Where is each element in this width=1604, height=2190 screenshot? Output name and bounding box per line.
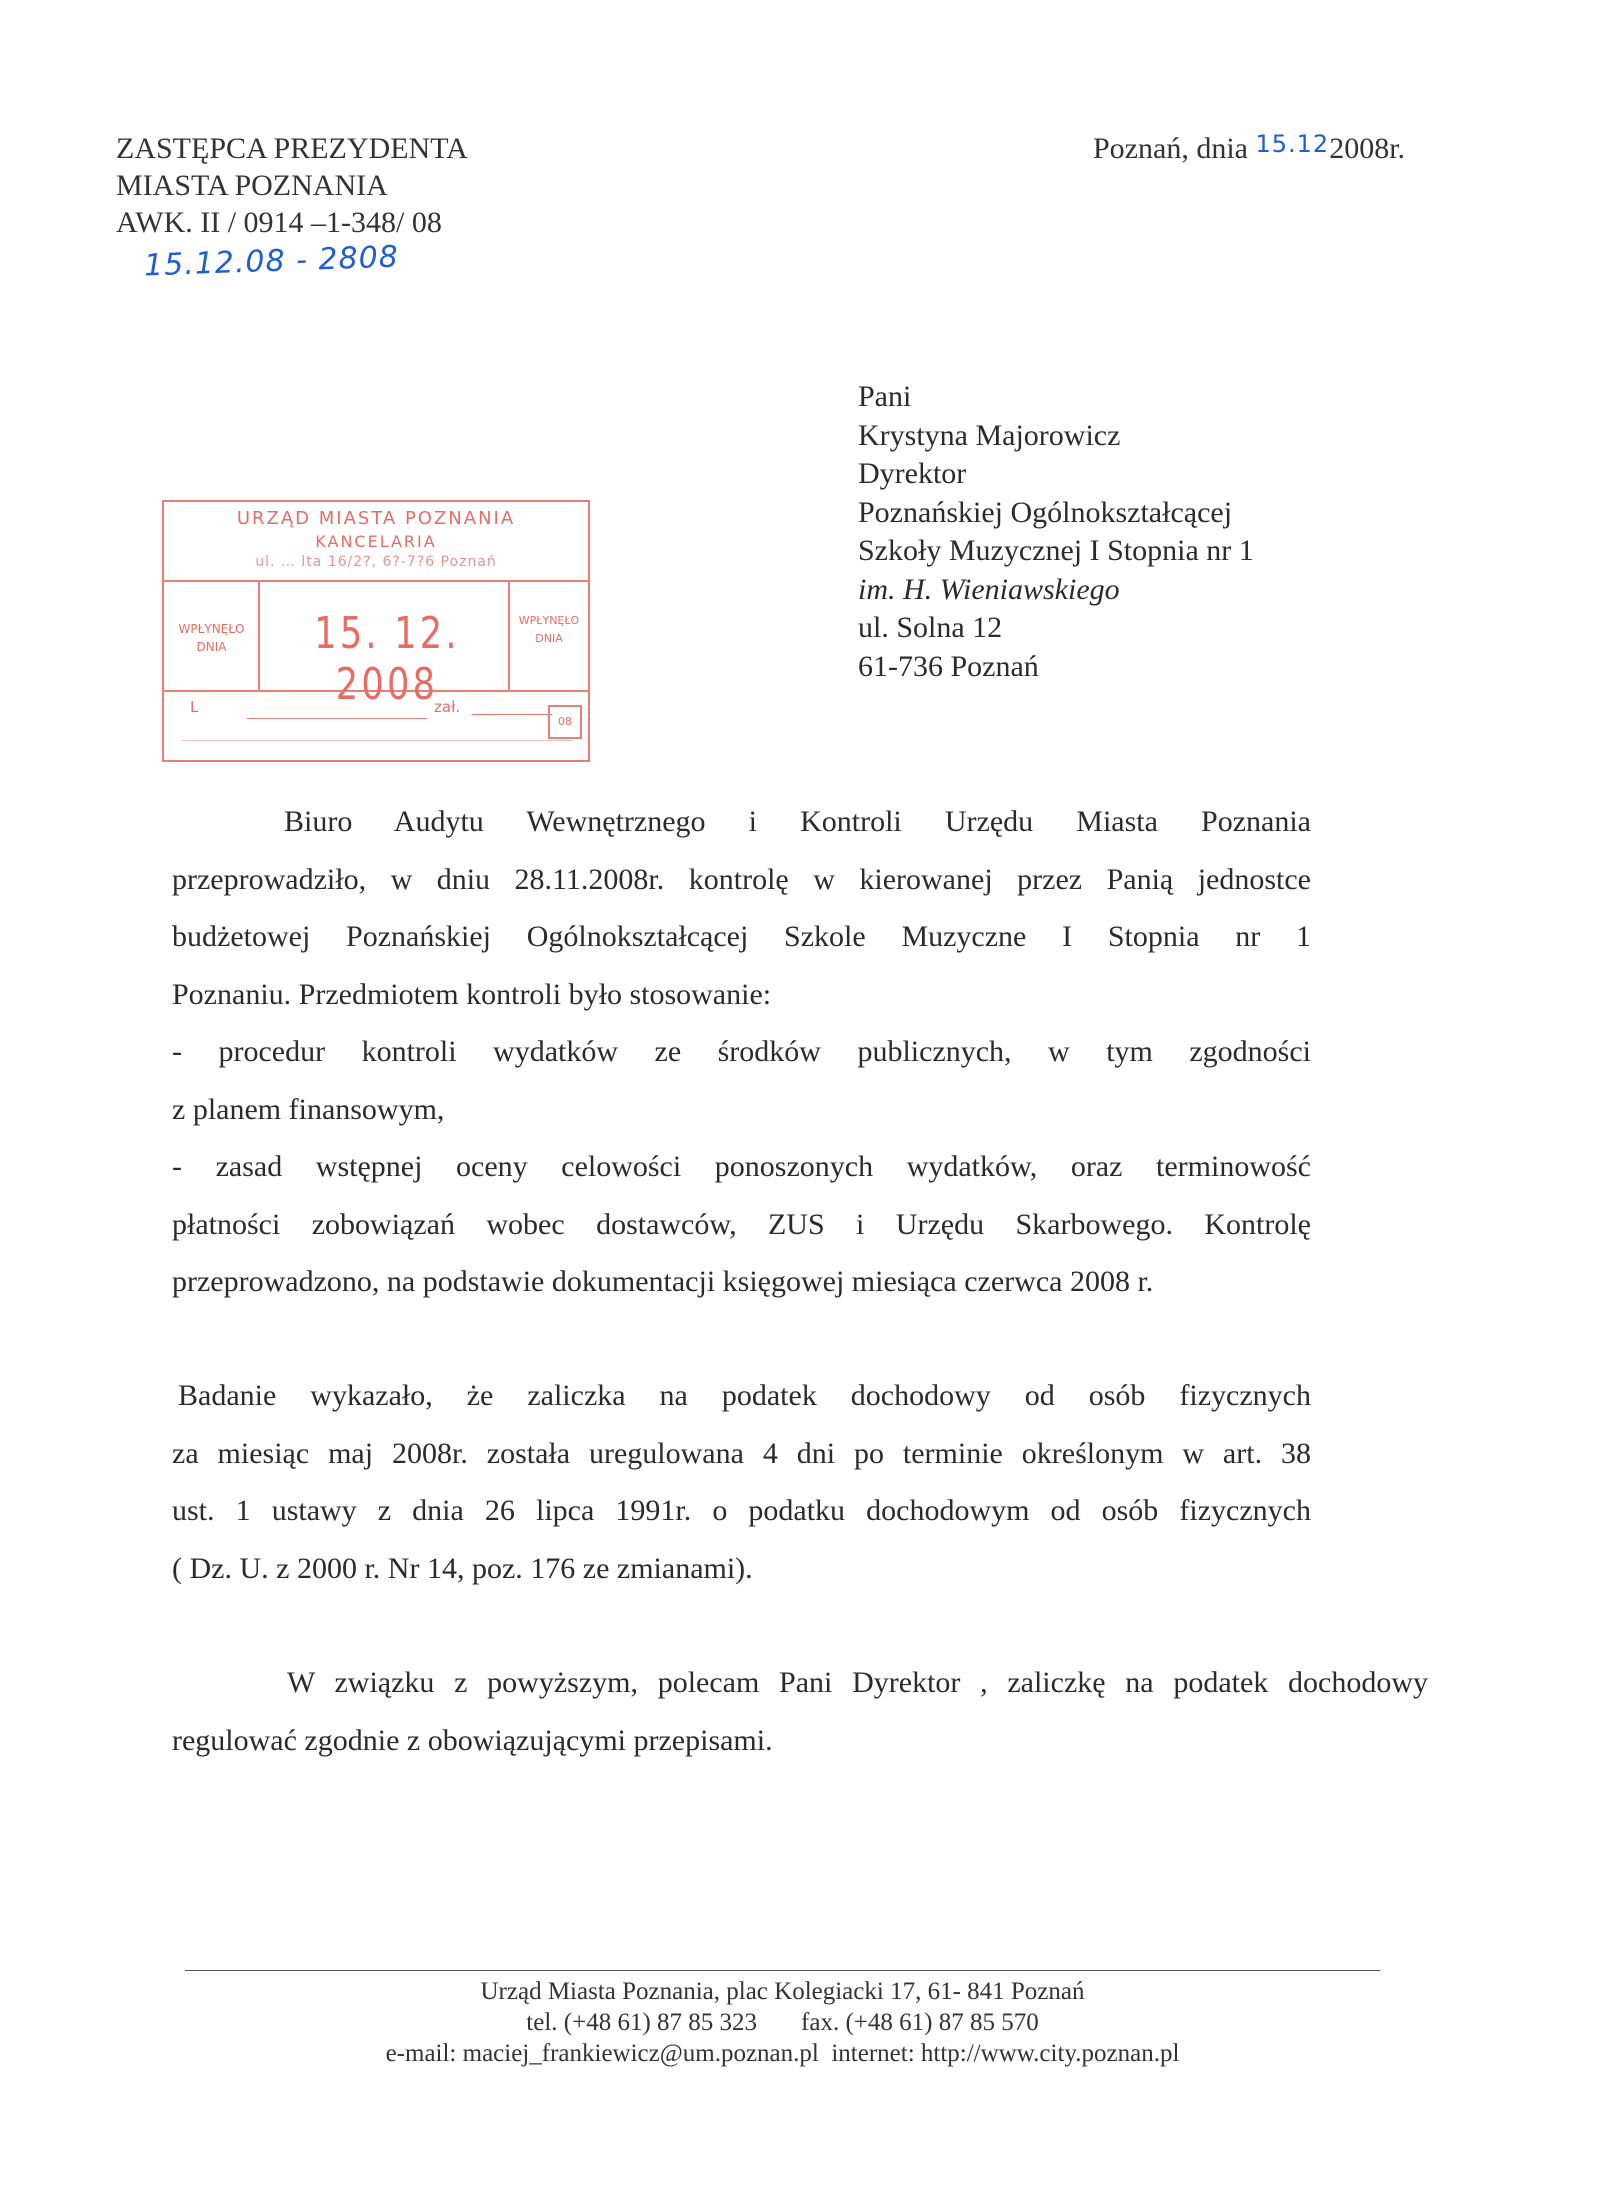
issuer-city: MIASTA POZNANIA (116, 167, 468, 204)
addressee-block: Pani Krystyna Majorowicz Dyrektor Poznań… (858, 378, 1254, 686)
text-line: za miesiąc maj 2008r. została uregulowan… (172, 1425, 1311, 1483)
paragraph-instruction: W związku z powyższym, polecam Pani Dyre… (172, 1654, 1428, 1769)
stamp-received-label-right: WPŁYNĘŁO DNIA (510, 612, 588, 648)
issuer-title: ZASTĘPCA PREZYDENTA (116, 130, 468, 167)
text-line: ust. 1 ustawy z dnia 26 lipca 1991r. o p… (172, 1482, 1311, 1540)
recipient-institution: Szkoły Muzycznej I Stopnia nr 1 (858, 532, 1254, 571)
text-line: płatności zobowiązań wobec dostawców, ZU… (172, 1196, 1311, 1254)
text-line: przeprowadziło, w dniu 28.11.2008r. kont… (172, 851, 1311, 909)
stamp-divider (164, 580, 588, 582)
letter-date: Poznań, dnia 15.122008r. (1093, 130, 1405, 166)
stamp-field-line (182, 740, 572, 741)
stamp-field-line (247, 718, 427, 719)
stamp-attachment-label: zał. (434, 698, 460, 716)
date-prefix: Poznań, dnia (1093, 132, 1248, 165)
paragraph-findings: Badanie wykazało, że zaliczka na podatek… (172, 1367, 1311, 1597)
recipient-name: Krystyna Majorowicz (858, 417, 1254, 456)
footer-divider (185, 1970, 1380, 1971)
handwritten-reference: 15.12.08 - 2808 (143, 239, 399, 285)
stamp-office: URZĄD MIASTA POZNANIA (162, 508, 590, 529)
stamp-received-label-left: WPŁYNĘŁO DNIA (164, 620, 259, 656)
list-item-text: - zasad wstępnej oceny celowości ponoszo… (172, 1138, 1311, 1196)
footer-address: Urząd Miasta Poznania, plac Kolegiacki 1… (185, 1976, 1380, 2007)
text-line: przeprowadzono, na podstawie dokumentacj… (172, 1253, 1311, 1311)
stamp-department: KANCELARIA (162, 532, 590, 551)
text-line: Biuro Audytu Wewnętrznego i Kontroli Urz… (172, 793, 1311, 851)
salutation: Pani (858, 378, 1254, 417)
footer-online: e-mail: maciej_frankiewicz@um.poznan.pl … (185, 2038, 1380, 2069)
stamp-address: ul. … lta 16/2?, 6?-7?6 Poznań (162, 554, 590, 570)
stamp-number-box: 08 (548, 705, 582, 739)
text-line: ( Dz. U. z 2000 r. Nr 14, poz. 176 ze zm… (172, 1540, 1311, 1598)
date-suffix: 2008r. (1329, 132, 1405, 165)
recipient-institution: Poznańskiej Ogólnokształcącej (858, 494, 1254, 533)
list-item-text: z planem finansowym, (172, 1081, 1311, 1139)
list-item-text: - procedur kontroli wydatków ze środków … (172, 1023, 1311, 1081)
recipient-postcode-city: 61-736 Poznań (858, 648, 1254, 687)
received-stamp: URZĄD MIASTA POZNANIA KANCELARIA ul. … l… (162, 500, 590, 762)
footer-website[interactable]: internet: http://www.city.poznan.pl (831, 2040, 1179, 2067)
footer-phone: tel. (+48 61) 87 85 323 (526, 2009, 757, 2036)
handwritten-date: 15.12 (1255, 130, 1329, 158)
text-line: regulować zgodnie z obowiązującymi przep… (172, 1712, 1428, 1770)
footer: Urząd Miasta Poznania, plac Kolegiacki 1… (185, 1976, 1380, 2069)
text-line: Poznaniu. Przedmiotem kontroli było stos… (172, 966, 1311, 1024)
text-line: budżetowej Poznańskiej Ogólnokształcącej… (172, 908, 1311, 966)
footer-fax: fax. (+48 61) 87 85 570 (801, 2009, 1039, 2036)
recipient-street: ul. Solna 12 (858, 609, 1254, 648)
stamp-field-line (472, 714, 552, 715)
recipient-patron: im. H. Wieniawskiego (858, 571, 1254, 610)
recipient-title: Dyrektor (858, 455, 1254, 494)
text-line: W związku z powyższym, polecam Pani Dyre… (172, 1654, 1428, 1712)
paragraph-audit-scope: Biuro Audytu Wewnętrznego i Kontroli Urz… (172, 793, 1311, 1311)
case-reference: AWK. II / 0914 –1-348/ 08 (116, 204, 468, 241)
text-line: Badanie wykazało, że zaliczka na podatek… (172, 1367, 1311, 1425)
stamp-row-label: L (190, 698, 198, 716)
footer-email[interactable]: e-mail: maciej_frankiewicz@um.poznan.pl (386, 2040, 819, 2067)
stamp-received-date: 15. 12. 2008 (287, 608, 487, 710)
footer-contact: tel. (+48 61) 87 85 323fax. (+48 61) 87 … (185, 2007, 1380, 2038)
issuer-block: ZASTĘPCA PREZYDENTA MIASTA POZNANIA AWK.… (116, 130, 468, 280)
